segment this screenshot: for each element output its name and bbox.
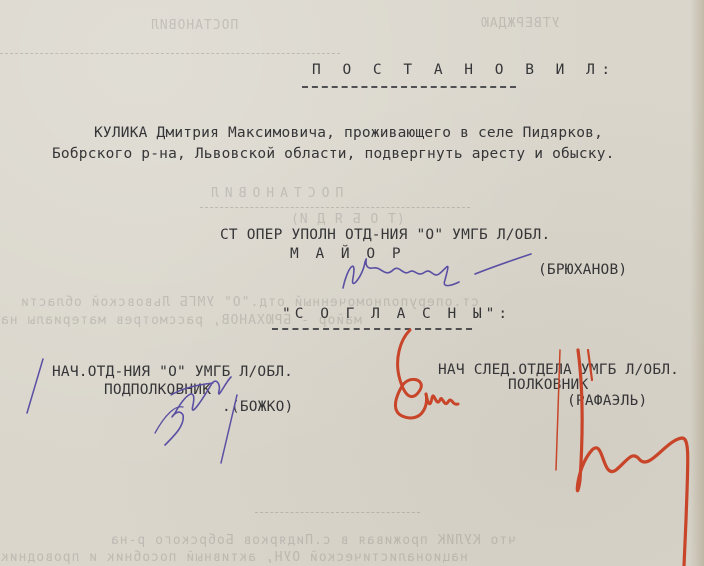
signature-rafael — [370, 320, 704, 566]
heading-postanovil: П О С Т А Н О В И Л: — [312, 62, 617, 78]
signature-bryukhanov — [335, 248, 535, 298]
signatory-1-name: (БРЮХАНОВ) — [538, 262, 627, 278]
bleed-through-text: ПОСТАНОВИЛ — [205, 186, 343, 201]
bleed-through-text: ПОСТАНОВИЛ — [150, 18, 238, 33]
signatory-1-position: СТ ОПЕР УПОЛН ОТД-НИЯ "О" УМГБ Л/ОБЛ. — [220, 227, 550, 243]
signature-bozhko — [25, 355, 265, 465]
heading-underline — [302, 86, 516, 88]
bleed-through-divider — [200, 207, 470, 208]
body-line-2: Бобрского р-на, Львовской области, подве… — [52, 146, 615, 162]
body-line-1: КУЛИКА Дмитрия Максимовича, проживающего… — [94, 125, 603, 141]
bleed-through-text: (Т О Б Я Д И) — [290, 212, 405, 227]
bleed-through-divider — [0, 53, 340, 54]
bleed-through-text: УТВЕРЖДАЮ — [480, 16, 559, 31]
